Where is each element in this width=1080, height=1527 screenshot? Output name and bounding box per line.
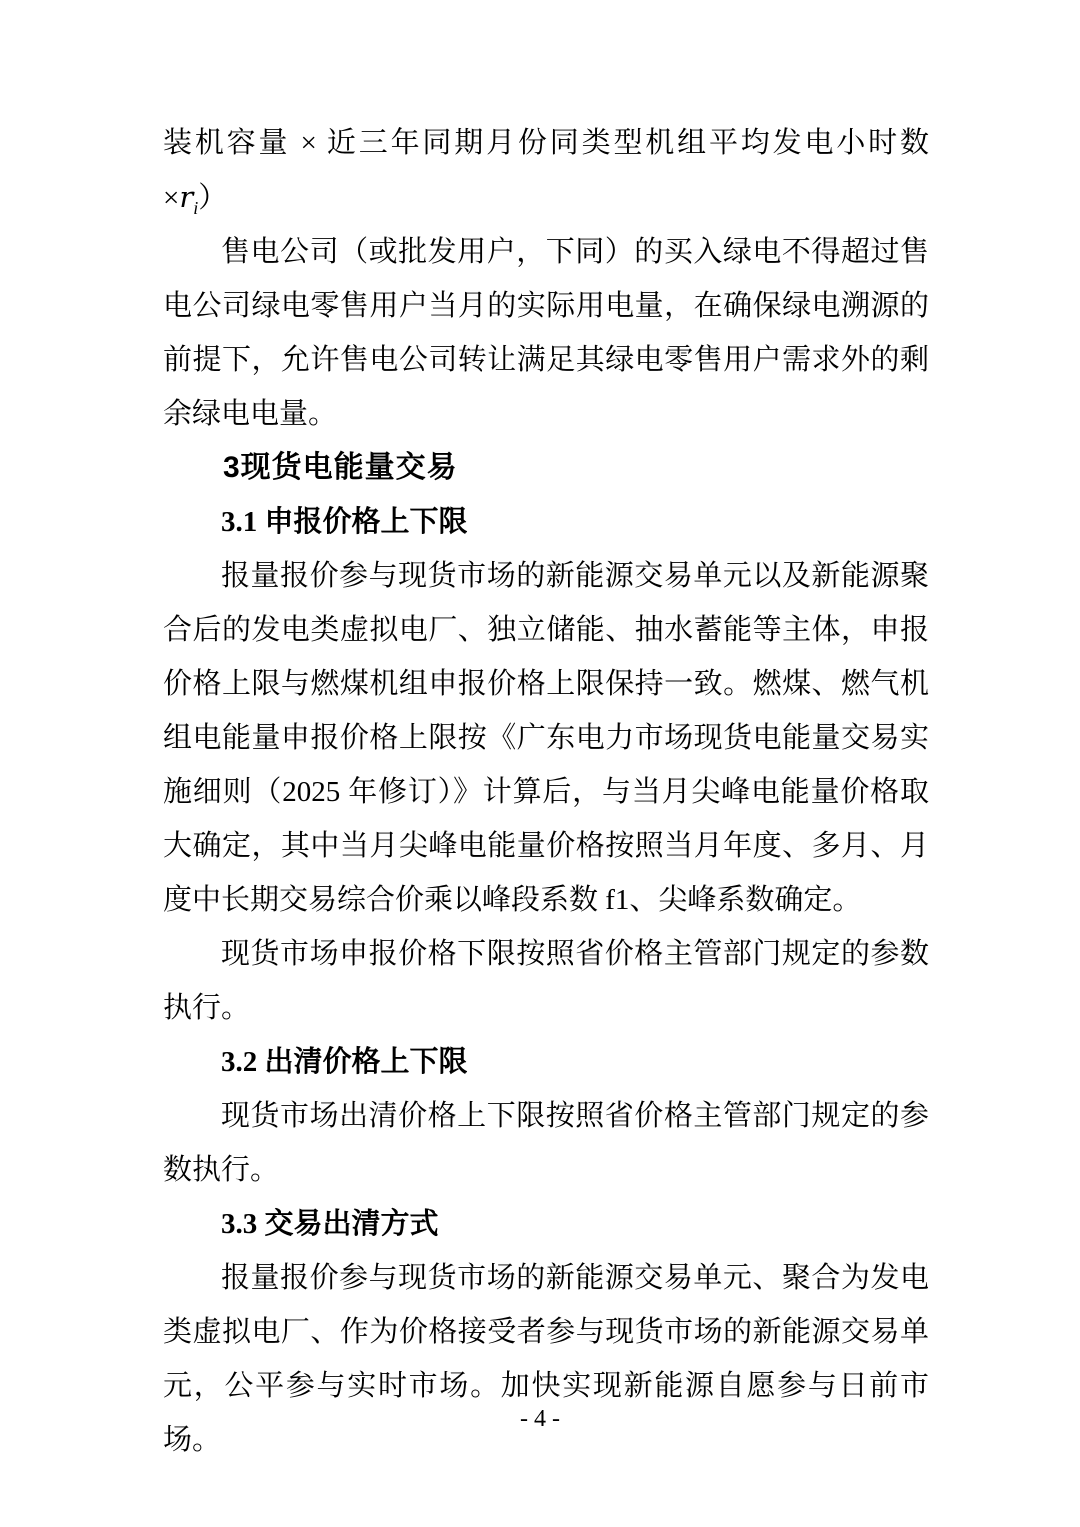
formula-variable: ri xyxy=(179,182,198,214)
formula-continuation-line: 装机容量 × 近三年同期月份同类型机组平均发电小时数 ×ri） xyxy=(163,116,929,225)
paragraph-declared-price-ceiling: 报量报价参与现货市场的新能源交易单元以及新能源聚合后的发电类虚拟电厂、独立储能、… xyxy=(163,549,929,927)
heading-section-3-spot-energy-trading: 3现货电能量交易 xyxy=(163,441,929,495)
formula-closing-paren: ） xyxy=(198,182,227,214)
formula-lead-text: 装机容量 × 近三年同期月份同类型机组平均发电小时数 × xyxy=(163,127,929,214)
page-number: - 4 - xyxy=(0,1404,1080,1434)
paragraph-green-power-transfer: 售电公司（或批发用户，下同）的买入绿电不得超过售电公司绿电零售用户当月的实际用电… xyxy=(163,225,929,441)
paragraph-declared-price-floor: 现货市场申报价格下限按照省价格主管部门规定的参数执行。 xyxy=(163,927,929,1035)
heading-3-1-declared-price-limits: 3.1 申报价格上下限 xyxy=(163,495,929,549)
page-content: 装机容量 × 近三年同期月份同类型机组平均发电小时数 ×ri） 售电公司（或批发… xyxy=(163,116,929,1467)
document-page: 装机容量 × 近三年同期月份同类型机组平均发电小时数 ×ri） 售电公司（或批发… xyxy=(0,0,1080,1527)
paragraph-clearing-price-limits: 现货市场出清价格上下限按照省价格主管部门规定的参数执行。 xyxy=(163,1089,929,1197)
paragraph-clearing-mode: 报量报价参与现货市场的新能源交易单元、聚合为发电类虚拟电厂、作为价格接受者参与现… xyxy=(163,1251,929,1467)
heading-3-3-clearing-mode: 3.3 交易出清方式 xyxy=(163,1197,929,1251)
heading-3-2-clearing-price-limits: 3.2 出清价格上下限 xyxy=(163,1035,929,1089)
